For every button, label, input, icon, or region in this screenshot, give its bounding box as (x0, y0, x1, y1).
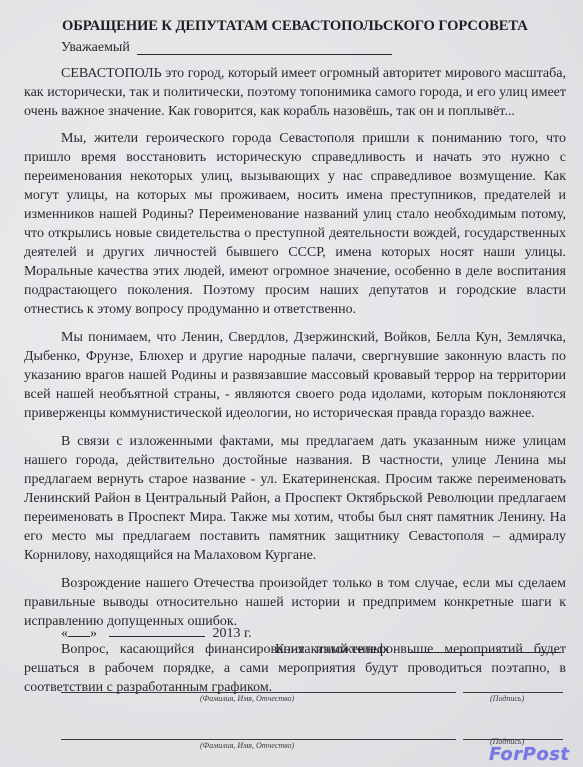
date-open-quote: « (61, 626, 68, 641)
year-text: 2013 г. (213, 626, 252, 641)
phone-blank-line (409, 640, 561, 653)
name-line-2 (61, 739, 456, 740)
day-blank (68, 624, 90, 637)
month-blank (109, 624, 205, 637)
paragraph-revival: Возрождение нашего Отечества произойдет … (24, 574, 566, 631)
paragraph-intro: СЕВАСТОПОЛЬ это город, который имеет огр… (24, 64, 566, 121)
greeting-label: Уважаемый (61, 40, 130, 56)
paragraph-names: Мы понимаем, что Ленин, Свердлов, Дзержи… (24, 328, 566, 423)
scanned-document-page: ОБРАЩЕНИЕ К ДЕПУТАТАМ СЕВАСТОПОЛЬСКОГО Г… (0, 0, 583, 767)
phone-label: Контактный телефон (275, 642, 401, 657)
addressee-blank-line (137, 54, 392, 55)
date-field: «» 2013 г. (61, 624, 252, 642)
name-caption-1: (Фамилия, Имя, Отчество) (200, 694, 294, 703)
signature-line-1 (463, 692, 563, 693)
paragraph-residents: Мы, жители героического города Севастопо… (24, 129, 566, 319)
document-title: ОБРАЩЕНИЕ К ДЕПУТАТАМ СЕВАСТОПОЛЬСКОГО Г… (62, 18, 528, 35)
name-caption-2: (Фамилия, Имя, Отчество) (200, 741, 294, 750)
name-line-1 (61, 692, 456, 693)
forpost-watermark: ForPost (489, 744, 570, 765)
paragraph-proposals: В связи с изложенными фактами, мы предла… (24, 432, 566, 565)
phone-field: Контактный телефон (275, 640, 561, 658)
document-body: СЕВАСТОПОЛЬ это город, который имеет огр… (24, 64, 566, 706)
date-close-quote: » (90, 626, 97, 641)
signature-caption-1: (Подпись) (490, 694, 524, 703)
